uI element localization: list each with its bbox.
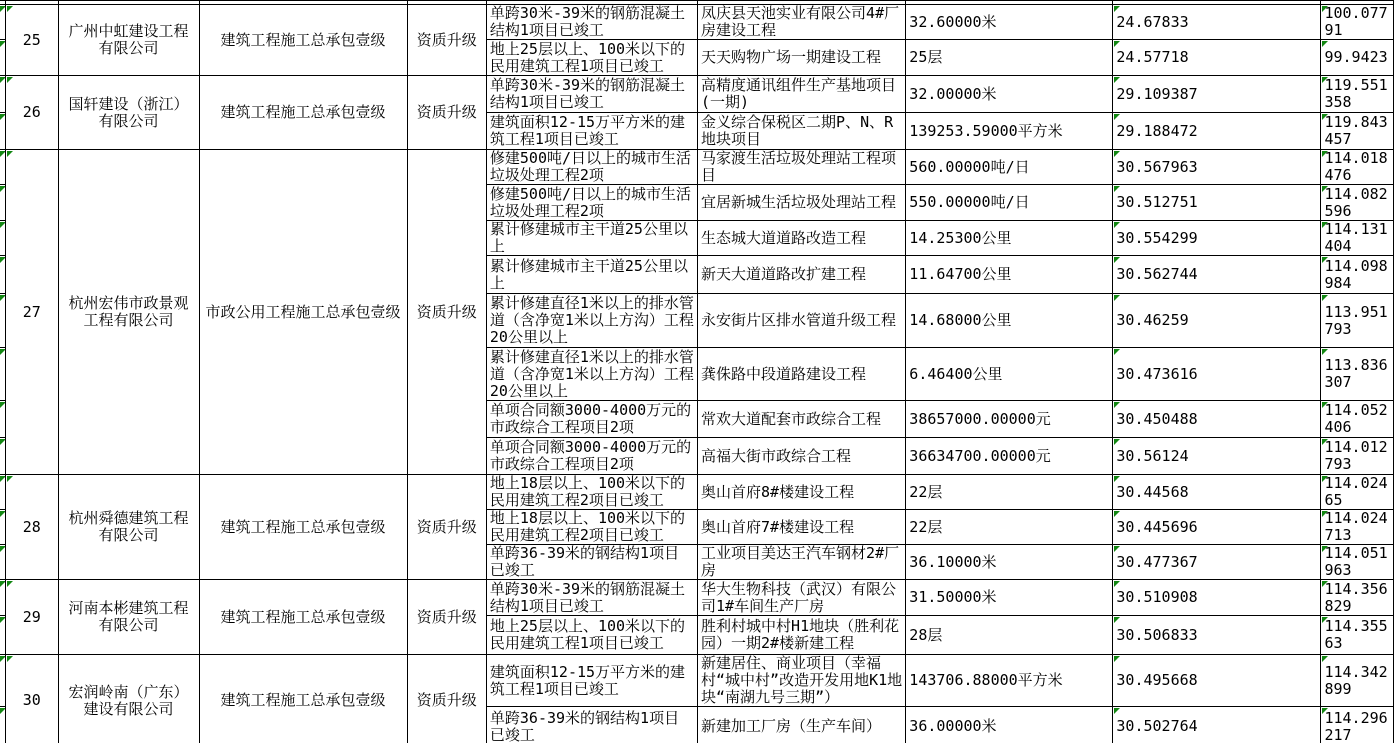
error-indicator-icon [0, 41, 6, 47]
project-name-cell[interactable]: 新建加工厂房（生产车间） [698, 707, 906, 743]
table-row: 30宏润岭南（广东）建设有限公司建筑工程施工总承包壹级资质升级建筑面积12-15… [0, 655, 1394, 707]
error-indicator-icon [7, 656, 13, 662]
metric-value-cell[interactable]: 6.46400公里 [906, 348, 1113, 401]
criteria-cell[interactable]: 单项合同额3000-4000万元的市政综合工程项目2项 [486, 401, 697, 438]
error-indicator-icon [1114, 581, 1120, 587]
qualification-cell[interactable]: 建筑工程施工总承包壹级 [199, 655, 407, 743]
table-row: 28杭州舜德建筑工程有限公司建筑工程施工总承包壹级资质升级地上18层以上、100… [0, 475, 1394, 510]
company-name-cell[interactable]: 国轩建设（浙江）有限公司 [58, 76, 199, 150]
metric-value-cell[interactable]: 25层 [906, 40, 1113, 76]
longitude-cell[interactable]: 114.018476 [1321, 150, 1394, 185]
latitude-cell[interactable]: 30.445696 [1113, 510, 1321, 545]
error-indicator-icon [1322, 581, 1328, 587]
criteria-cell[interactable]: 地上18层以上、100米以下的民用建筑工程2项目已竣工 [486, 475, 697, 510]
project-name-cell[interactable]: 龚侏路中段道路建设工程 [698, 348, 906, 401]
metric-value-cell[interactable]: 28层 [906, 616, 1113, 655]
criteria-cell[interactable]: 单跨36-39米的钢结构1项目已竣工 [486, 545, 697, 580]
criteria-cell[interactable]: 单项合同额3000-4000万元的市政综合工程项目2项 [486, 438, 697, 475]
error-indicator-icon [0, 257, 6, 263]
project-name-cell[interactable]: 高福大街市政综合工程 [698, 438, 906, 475]
error-indicator-icon [1114, 476, 1120, 482]
project-name-cell[interactable]: 生态城大道道路改造工程 [698, 221, 906, 256]
error-indicator-icon [1114, 295, 1120, 301]
latitude-cell[interactable]: 29.188472 [1113, 113, 1321, 150]
error-indicator-icon [1322, 708, 1328, 714]
clipped-left-cell[interactable] [0, 545, 6, 580]
error-indicator-icon [1114, 708, 1120, 714]
latitude-cell[interactable]: 24.57718 [1113, 40, 1321, 76]
company-name-cell[interactable]: 河南本彬建筑工程有限公司 [58, 580, 199, 655]
error-indicator-icon [0, 546, 6, 552]
project-name-cell[interactable]: 常欢大道配套市政综合工程 [698, 401, 906, 438]
project-name-cell[interactable]: 永安街片区排水管道升级工程 [698, 294, 906, 348]
latitude-cell[interactable]: 30.450488 [1113, 401, 1321, 438]
error-indicator-icon [7, 6, 13, 12]
qualification-cell[interactable]: 建筑工程施工总承包壹级 [199, 5, 407, 76]
error-indicator-icon [1322, 402, 1328, 408]
error-indicator-icon [1114, 6, 1120, 12]
qualification-cell[interactable]: 建筑工程施工总承包壹级 [199, 76, 407, 150]
longitude-cell[interactable]: 114.052406 [1321, 401, 1394, 438]
metric-value-cell[interactable]: 36634700.00000元 [906, 438, 1113, 475]
longitude-cell[interactable]: 113.836307 [1321, 348, 1394, 401]
error-indicator-icon [1114, 349, 1120, 355]
project-name-cell[interactable]: 奥山首府7#楼建设工程 [698, 510, 906, 545]
error-indicator-icon [1322, 257, 1328, 263]
criteria-cell[interactable]: 单跨30米-39米的钢筋混凝土结构1项目已竣工 [486, 76, 697, 113]
project-name-cell[interactable]: 华大生物科技（武汉）有限公司1#车间生产厂房 [698, 580, 906, 616]
metric-value-cell[interactable]: 36.10000米 [906, 545, 1113, 580]
project-name-cell[interactable]: 工业项目美达王汽车钢材2#厂房 [698, 545, 906, 580]
clipped-left-cell[interactable] [0, 256, 6, 294]
clipped-left-cell[interactable] [0, 348, 6, 401]
error-indicator-icon [1322, 617, 1328, 623]
error-indicator-icon [1322, 222, 1328, 228]
latitude-cell[interactable]: 30.510908 [1113, 580, 1321, 616]
error-indicator-icon [1114, 222, 1120, 228]
error-indicator-icon [1114, 186, 1120, 192]
project-name-cell[interactable]: 新建居住、商业项目（幸福村“城中村”改造开发用地K1地块“南湖九号三期”） [698, 655, 906, 707]
longitude-cell[interactable]: 113.951793 [1321, 294, 1394, 348]
error-indicator-icon [0, 295, 6, 301]
criteria-cell[interactable]: 单跨36-39米的钢结构1项目已竣工 [486, 707, 697, 743]
project-name-cell[interactable]: 凤庆县天池实业有限公司4#厂房建设工程 [698, 5, 906, 40]
clipped-left-cell[interactable] [0, 438, 6, 475]
error-indicator-icon [1322, 41, 1328, 47]
change-type-cell[interactable]: 资质升级 [407, 655, 486, 743]
change-type-cell[interactable]: 资质升级 [407, 580, 486, 655]
clipped-left-cell[interactable] [0, 510, 6, 545]
table-row: 26国轩建设（浙江）有限公司建筑工程施工总承包壹级资质升级单跨30米-39米的钢… [0, 76, 1394, 113]
error-indicator-icon [0, 222, 6, 228]
criteria-cell[interactable]: 地上25层以上、100米以下的民用建筑工程1项目已竣工 [486, 40, 697, 76]
clipped-left-cell[interactable] [0, 185, 6, 221]
metric-value-cell[interactable]: 31.50000米 [906, 580, 1113, 616]
criteria-cell[interactable]: 单跨30米-39米的钢筋混凝土结构1项目已竣工 [486, 5, 697, 40]
row-number-cell[interactable]: 30 [6, 655, 59, 743]
error-indicator-icon [1322, 77, 1328, 83]
criteria-cell[interactable]: 修建500吨/日以上的城市生活垃圾处理工程2项 [486, 185, 697, 221]
longitude-cell[interactable]: 114.051963 [1321, 545, 1394, 580]
error-indicator-icon [7, 151, 13, 157]
longitude-cell[interactable]: 114.082596 [1321, 185, 1394, 221]
error-indicator-icon [1114, 114, 1120, 120]
clipped-left-cell[interactable] [0, 40, 6, 76]
row-number-cell[interactable]: 29 [6, 580, 59, 655]
latitude-cell[interactable]: 30.554299 [1113, 221, 1321, 256]
error-indicator-icon [1114, 617, 1120, 623]
spreadsheet-viewport: 25广州中虹建设工程有限公司建筑工程施工总承包壹级资质升级单跨30米-39米的钢… [0, 0, 1394, 743]
latitude-cell[interactable]: 30.562744 [1113, 256, 1321, 294]
error-indicator-icon [1322, 546, 1328, 552]
error-indicator-icon [7, 581, 13, 587]
error-indicator-icon [1114, 402, 1120, 408]
project-name-cell[interactable]: 奥山首府8#楼建设工程 [698, 475, 906, 510]
error-indicator-icon [0, 511, 6, 517]
criteria-cell[interactable]: 地上18层以上、100米以下的民用建筑工程2项目已竣工 [486, 510, 697, 545]
longitude-cell[interactable]: 99.9423 [1321, 40, 1394, 76]
clipped-left-cell[interactable] [0, 113, 6, 150]
metric-value-cell[interactable]: 143706.88000平方米 [906, 655, 1113, 707]
metric-value-cell[interactable]: 14.68000公里 [906, 294, 1113, 348]
error-indicator-icon [0, 402, 6, 408]
latitude-cell[interactable]: 30.473616 [1113, 348, 1321, 401]
project-name-cell[interactable]: 宜居新城生活垃圾处理站工程 [698, 185, 906, 221]
clipped-left-cell[interactable] [0, 221, 6, 256]
error-indicator-icon [1322, 186, 1328, 192]
error-indicator-icon [1322, 6, 1328, 12]
latitude-cell[interactable]: 24.67833 [1113, 5, 1321, 40]
longitude-cell[interactable]: 100.07791 [1321, 5, 1394, 40]
error-indicator-icon [1322, 476, 1328, 482]
table-row: 27杭州宏伟市政景观工程有限公司市政公用工程施工总承包壹级资质升级修建500吨/… [0, 150, 1394, 185]
metric-value-cell[interactable]: 36.00000米 [906, 707, 1113, 743]
error-indicator-icon [0, 617, 6, 623]
error-indicator-icon [1114, 257, 1120, 263]
criteria-cell[interactable]: 累计修建城市主干道25公里以上 [486, 221, 697, 256]
longitude-cell[interactable]: 114.35563 [1321, 616, 1394, 655]
table-row: 29河南本彬建筑工程有限公司建筑工程施工总承包壹级资质升级单跨30米-39米的钢… [0, 580, 1394, 616]
error-indicator-icon [0, 186, 6, 192]
project-name-cell[interactable]: 金义综合保税区二期P、N、R地块项目 [698, 113, 906, 150]
error-indicator-icon [1114, 511, 1120, 517]
error-indicator-icon [1114, 546, 1120, 552]
criteria-cell[interactable]: 修建500吨/日以上的城市生活垃圾处理工程2项 [486, 150, 697, 185]
latitude-cell[interactable]: 30.502764 [1113, 707, 1321, 743]
qualification-cell[interactable]: 市政公用工程施工总承包壹级 [199, 150, 407, 475]
longitude-cell[interactable]: 114.098984 [1321, 256, 1394, 294]
error-indicator-icon [0, 439, 6, 445]
metric-value-cell[interactable]: 32.00000米 [906, 76, 1113, 113]
project-name-cell[interactable]: 天天购物广场一期建设工程 [698, 40, 906, 76]
row-number-cell[interactable]: 27 [6, 150, 59, 475]
criteria-cell[interactable]: 建筑面积12-15万平方米的建筑工程1项目已竣工 [486, 655, 697, 707]
error-indicator-icon [1114, 656, 1120, 662]
latitude-cell[interactable]: 30.477367 [1113, 545, 1321, 580]
error-indicator-icon [1322, 656, 1328, 662]
criteria-cell[interactable]: 累计修建直径1米以上的排水管道（含净宽1米以上方沟）工程20公里以上 [486, 294, 697, 348]
latitude-cell[interactable]: 30.567963 [1113, 150, 1321, 185]
error-indicator-icon [1114, 439, 1120, 445]
metric-value-cell[interactable]: 22层 [906, 510, 1113, 545]
error-indicator-icon [1322, 349, 1328, 355]
metric-value-cell[interactable]: 560.00000吨/日 [906, 150, 1113, 185]
error-indicator-icon [1322, 511, 1328, 517]
metric-value-cell[interactable]: 139253.59000平方米 [906, 113, 1113, 150]
latitude-cell[interactable]: 30.506833 [1113, 616, 1321, 655]
change-type-cell[interactable]: 资质升级 [407, 150, 486, 475]
project-name-cell[interactable]: 马家渡生活垃圾处理站工程项目 [698, 150, 906, 185]
longitude-cell[interactable]: 114.356829 [1321, 580, 1394, 616]
metric-value-cell[interactable]: 38657000.00000元 [906, 401, 1113, 438]
metric-value-cell[interactable]: 14.25300公里 [906, 221, 1113, 256]
latitude-cell[interactable]: 29.109387 [1113, 76, 1321, 113]
project-name-cell[interactable]: 高精度通讯组件生产基地项目(一期) [698, 76, 906, 113]
table-row: 25广州中虹建设工程有限公司建筑工程施工总承包壹级资质升级单跨30米-39米的钢… [0, 5, 1394, 40]
change-type-cell[interactable]: 资质升级 [407, 76, 486, 150]
longitude-cell[interactable]: 114.296217 [1321, 707, 1394, 743]
clipped-left-cell[interactable] [0, 401, 6, 438]
latitude-cell[interactable]: 30.495668 [1113, 655, 1321, 707]
company-name-cell[interactable]: 广州中虹建设工程有限公司 [58, 5, 199, 76]
metric-value-cell[interactable]: 22层 [906, 475, 1113, 510]
error-indicator-icon [0, 708, 6, 714]
metric-value-cell[interactable]: 32.60000米 [906, 5, 1113, 40]
company-name-cell[interactable]: 宏润岭南（广东）建设有限公司 [58, 655, 199, 743]
row-number-cell[interactable]: 28 [6, 475, 59, 580]
error-indicator-icon [1322, 439, 1328, 445]
qualification-cell[interactable]: 建筑工程施工总承包壹级 [199, 580, 407, 655]
longitude-cell[interactable]: 119.843457 [1321, 113, 1394, 150]
criteria-cell[interactable]: 累计修建直径1米以上的排水管道（含净宽1米以上方沟）工程20公里以上 [486, 348, 697, 401]
clipped-left-cell[interactable] [0, 707, 6, 743]
row-number-cell[interactable]: 25 [6, 5, 59, 76]
clipped-left-cell[interactable] [0, 294, 6, 348]
criteria-cell[interactable]: 建筑面积12-15万平方米的建筑工程1项目已竣工 [486, 113, 697, 150]
latitude-cell[interactable]: 30.44568 [1113, 475, 1321, 510]
error-indicator-icon [0, 349, 6, 355]
error-indicator-icon [0, 114, 6, 120]
metric-value-cell[interactable]: 11.64700公里 [906, 256, 1113, 294]
error-indicator-icon [7, 476, 13, 482]
change-type-cell[interactable]: 资质升级 [407, 475, 486, 580]
qualification-upgrade-table: 25广州中虹建设工程有限公司建筑工程施工总承包壹级资质升级单跨30米-39米的钢… [0, 0, 1394, 743]
error-indicator-icon [1322, 114, 1328, 120]
error-indicator-icon [1322, 295, 1328, 301]
error-indicator-icon [7, 77, 13, 83]
criteria-cell[interactable]: 地上25层以上、100米以下的民用建筑工程1项目已竣工 [486, 616, 697, 655]
company-name-cell[interactable]: 杭州宏伟市政景观工程有限公司 [58, 150, 199, 475]
longitude-cell[interactable]: 114.342899 [1321, 655, 1394, 707]
change-type-cell[interactable]: 资质升级 [407, 5, 486, 76]
row-number-cell[interactable]: 26 [6, 76, 59, 150]
error-indicator-icon [1322, 151, 1328, 157]
metric-value-cell[interactable]: 550.00000吨/日 [906, 185, 1113, 221]
longitude-cell[interactable]: 119.551358 [1321, 76, 1394, 113]
latitude-cell[interactable]: 30.46259 [1113, 294, 1321, 348]
longitude-cell[interactable]: 114.012793 [1321, 438, 1394, 475]
criteria-cell[interactable]: 单跨30米-39米的钢筋混凝土结构1项目已竣工 [486, 580, 697, 616]
criteria-cell[interactable]: 累计修建城市主干道25公里以上 [486, 256, 697, 294]
company-name-cell[interactable]: 杭州舜德建筑工程有限公司 [58, 475, 199, 580]
longitude-cell[interactable]: 114.024713 [1321, 510, 1394, 545]
latitude-cell[interactable]: 30.512751 [1113, 185, 1321, 221]
longitude-cell[interactable]: 114.131404 [1321, 221, 1394, 256]
error-indicator-icon [1114, 151, 1120, 157]
qualification-cell[interactable]: 建筑工程施工总承包壹级 [199, 475, 407, 580]
clipped-left-cell[interactable] [0, 616, 6, 655]
error-indicator-icon [1114, 41, 1120, 47]
longitude-cell[interactable]: 114.02465 [1321, 475, 1394, 510]
project-name-cell[interactable]: 新天大道道路改扩建工程 [698, 256, 906, 294]
latitude-cell[interactable]: 30.56124 [1113, 438, 1321, 475]
project-name-cell[interactable]: 胜利村城中村H1地块（胜利花园）一期2#楼新建工程 [698, 616, 906, 655]
error-indicator-icon [1114, 77, 1120, 83]
